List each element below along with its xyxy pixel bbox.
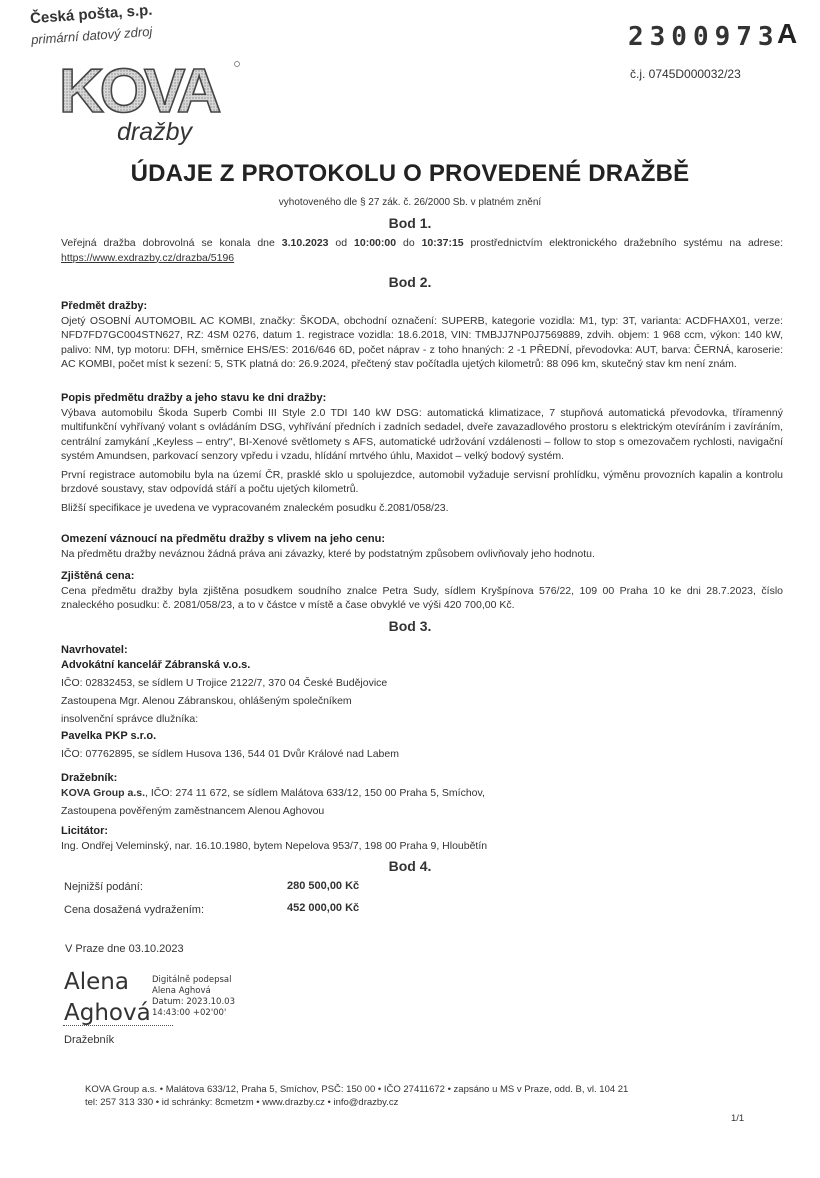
signature-role: Dražebník (64, 1034, 114, 1046)
footer-line-2: tel: 257 313 330 • id schránky: 8cmetzm … (85, 1096, 628, 1109)
description-text-2: První registrace automobilu byla na územ… (61, 468, 783, 497)
subject-text: Ojetý OSOBNÍ AUTOMOBIL AC KOMBI, značky:… (61, 314, 783, 372)
description-text-3: Bližší specifikace je uvedena ve vypraco… (61, 501, 783, 516)
document-number: 2300973 (628, 22, 780, 52)
page-subtitle: vyhotoveného dle § 27 zák. č. 26/2000 Sb… (0, 197, 820, 208)
page-number: 1/1 (731, 1113, 744, 1124)
section-heading-bod3: Bod 3. (0, 618, 820, 634)
auctioneer-section: Dražebník: KOVA Group a.s., IČO: 274 11 … (61, 771, 783, 819)
place-date: V Praze dne 03.10.2023 (65, 943, 184, 955)
price-section: Zjištěná cena: Cena předmětu dražby byla… (61, 569, 783, 613)
auctioneer-representative: Zastoupena pověřeným zaměstnancem Alenou… (61, 804, 783, 819)
final-price-label: Cena dosažená vydražením: (64, 904, 204, 916)
encumbrance-heading: Omezení váznoucí na předmětu dražby s vl… (61, 532, 783, 547)
encumbrance-text: Na předmětu dražby neváznou žádná práva … (61, 547, 783, 562)
proposer-address: IČO: 02832453, se sídlem U Trojice 2122/… (61, 676, 783, 691)
page-title: ÚDAJE Z PROTOKOLU O PROVEDENÉ DRAŽBĚ (0, 160, 820, 188)
auctioneer-line: KOVA Group a.s., IČO: 274 11 672, se síd… (61, 786, 783, 801)
proposer-role: insolvenční správce dlužníka: (61, 712, 783, 727)
proposer-representative: Zastoupena Mgr. Alenou Zábranskou, ohláš… (61, 694, 783, 709)
proposer-section: Navrhovatel: Advokátní kancelář Zábransk… (61, 643, 783, 762)
bod1-text: Veřejná dražba dobrovolná se konala dne … (61, 236, 783, 265)
debtor-address: IČO: 07762895, se sídlem Husova 136, 544… (61, 747, 783, 762)
postal-stamp-subtitle: primární datový zdroj (31, 24, 153, 47)
svg-text:KOVA: KOVA (59, 58, 221, 120)
licitator-text: Ing. Ondřej Veleminský, nar. 16.10.1980,… (61, 839, 783, 854)
lowest-bid-value: 280 500,00 Kč (287, 880, 359, 892)
subject-section: Předmět dražby: Ojetý OSOBNÍ AUTOMOBIL A… (61, 299, 783, 372)
logo-subtitle: dražby (117, 118, 192, 147)
licitator-section: Licitátor: Ing. Ondřej Veleminský, nar. … (61, 824, 783, 854)
footer-line-1: KOVA Group a.s. • Malátova 633/12, Praha… (85, 1083, 628, 1096)
proposer-name: Advokátní kancelář Zábranská v.o.s. (61, 658, 783, 673)
encumbrance-section: Omezení váznoucí na předmětu dražby s vl… (61, 532, 783, 561)
debtor-name: Pavelka PKP s.r.o. (61, 729, 783, 744)
description-section: Popis předmětu dražby a jeho stavu ke dn… (61, 391, 783, 515)
licitator-heading: Licitátor: (61, 824, 783, 839)
final-price-value: 452 000,00 Kč (287, 902, 359, 914)
reference-number: č.j. 0745D000032/23 (630, 67, 741, 81)
description-heading: Popis předmětu dražby a jeho stavu ke dn… (61, 391, 783, 406)
signature-name-first: Alena (64, 967, 129, 998)
auctioneer-heading: Dražebník: (61, 771, 783, 786)
subject-heading: Předmět dražby: (61, 299, 783, 314)
section-heading-bod4: Bod 4. (0, 858, 820, 874)
lowest-bid-label: Nejnižší podání: (64, 881, 143, 893)
document-number-suffix: A (777, 18, 797, 50)
kova-logo: KOVA (57, 58, 245, 120)
digital-signature-info: Digitálně podepsal Alena Aghová Datum: 2… (152, 975, 235, 1019)
auction-link[interactable]: https://www.exdrazby.cz/drazba/5196 (61, 252, 234, 264)
section-heading-bod1: Bod 1. (0, 215, 820, 231)
price-heading: Zjištěná cena: (61, 569, 783, 584)
signature-line (63, 1025, 173, 1026)
proposer-heading: Navrhovatel: (61, 643, 783, 658)
price-text: Cena předmětu dražby byla zjištěna posud… (61, 584, 783, 613)
postal-stamp-title: Česká pošta, s.p. (30, 2, 153, 28)
section-heading-bod2: Bod 2. (0, 274, 820, 290)
auctioneer-address: , IČO: 274 11 672, se sídlem Malátova 63… (145, 787, 485, 799)
description-text: Výbava automobilu Škoda Superb Combi III… (61, 406, 783, 464)
footer: KOVA Group a.s. • Malátova 633/12, Praha… (85, 1083, 628, 1109)
auctioneer-name: KOVA Group a.s. (61, 787, 145, 799)
